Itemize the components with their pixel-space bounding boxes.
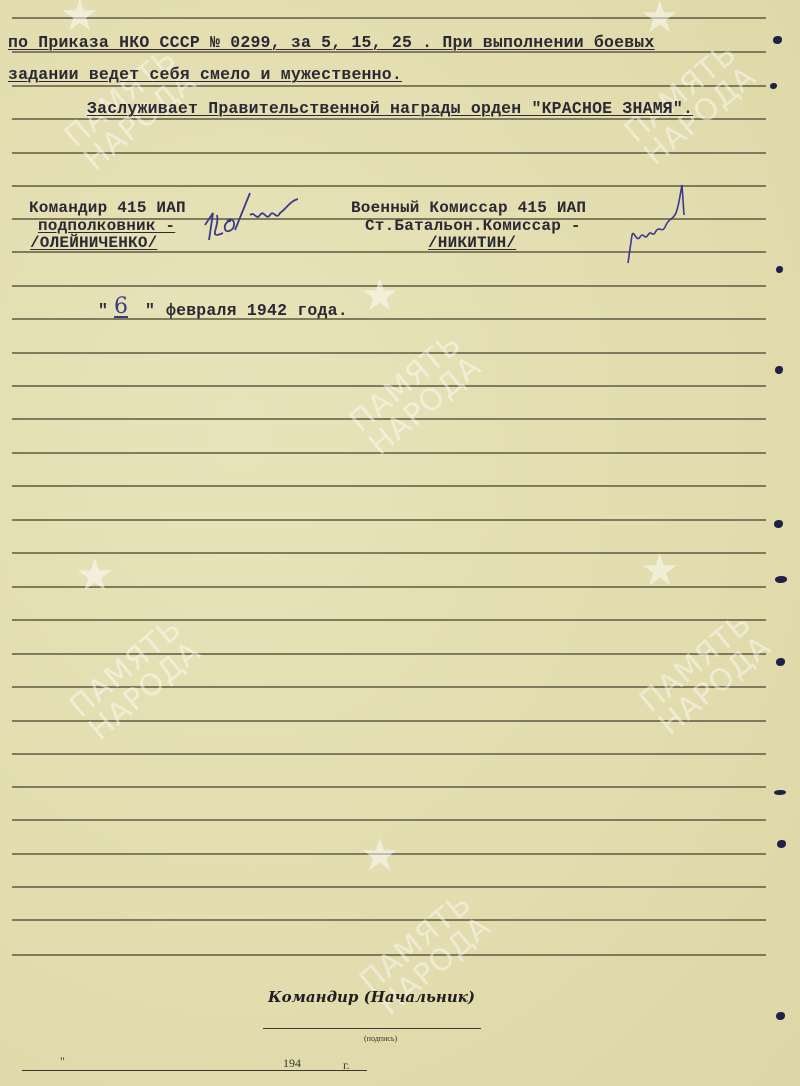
binding-hole (775, 576, 787, 583)
binding-hole (776, 658, 785, 666)
signature-caption: (подпись) (364, 1034, 397, 1043)
left-signer-title: Командир 415 ИАП (29, 199, 186, 217)
binding-hole (776, 1012, 785, 1020)
binding-hole (774, 790, 786, 795)
watermark-star-icon: ★ (75, 550, 114, 601)
date-blank-line (22, 1070, 367, 1071)
recommendation-text: Заслуживает Правительственной награды ор… (87, 100, 693, 118)
ruled-line (12, 853, 766, 855)
right-signer-name: /НИКИТИН/ (428, 234, 516, 252)
ruled-line (12, 552, 766, 554)
commander-label: Командир (Начальник) (268, 988, 475, 1006)
date-quote-open: " (98, 302, 108, 320)
binding-hole (777, 840, 786, 848)
left-signer-rank: подполковник - (38, 217, 175, 235)
right-signer-rank: Ст.Батальон.Комиссар - (365, 217, 581, 235)
watermark-line: ПАМЯТЬ (65, 613, 188, 723)
ruled-line (12, 352, 766, 354)
ruled-line (12, 753, 766, 755)
date-rest: февраля 1942 года. (166, 302, 348, 320)
body-line-1: по Приказа НКО СССР № 0299, за 5, 15, 25… (8, 34, 655, 52)
ruled-line (12, 919, 766, 921)
watermark-line: ПАМЯТЬ (355, 888, 478, 998)
ruled-line (12, 653, 766, 655)
left-handwritten-signature (195, 185, 305, 265)
ruled-line (12, 786, 766, 788)
left-signer-name: /ОЛЕЙНИЧЕНКО/ (30, 234, 157, 252)
watermark-line: НАРОДА (364, 351, 487, 461)
binding-hole (774, 520, 783, 528)
watermark-line: ПАМЯТЬ (345, 328, 468, 438)
watermark: ПАМЯТЬ НАРОДА (65, 613, 207, 746)
binding-hole (776, 266, 783, 273)
footer-year-suffix: г. (343, 1058, 350, 1073)
body-line-2: задании ведет себя смело и мужественно. (8, 66, 402, 84)
watermark-line: ПАМЯТЬ (620, 38, 743, 148)
ruled-line (12, 418, 766, 420)
ruled-line (12, 720, 766, 722)
ruled-line (12, 586, 766, 588)
ruled-line (12, 619, 766, 621)
watermark-star-icon: ★ (360, 830, 399, 881)
ruled-line (12, 954, 766, 956)
right-handwritten-signature (618, 175, 698, 270)
ruled-line (12, 519, 766, 521)
ruled-line (12, 686, 766, 688)
binding-hole (773, 36, 782, 44)
footer-year-prefix: 194 (283, 1056, 301, 1071)
binding-hole (770, 83, 777, 89)
ruled-line (12, 285, 766, 287)
watermark: ПАМЯТЬ НАРОДА (345, 328, 487, 461)
ruled-line (12, 118, 766, 120)
ruled-line (12, 886, 766, 888)
ruled-line (12, 452, 766, 454)
watermark-star-icon: ★ (360, 270, 399, 321)
watermark-line: ПАМЯТЬ (635, 608, 758, 718)
ruled-line (12, 385, 766, 387)
ruled-line (12, 819, 766, 821)
ruled-line (12, 17, 766, 19)
signature-line (263, 1028, 481, 1029)
footer-date-prefix: " (60, 1054, 65, 1069)
binding-hole (775, 366, 783, 374)
ruled-line (12, 85, 766, 87)
date-day: 6 (114, 294, 128, 319)
ruled-line (12, 485, 766, 487)
right-signer-title: Военный Комиссар 415 ИАП (351, 199, 586, 217)
ruled-line (12, 152, 766, 154)
date-quote-close: " (145, 302, 155, 320)
